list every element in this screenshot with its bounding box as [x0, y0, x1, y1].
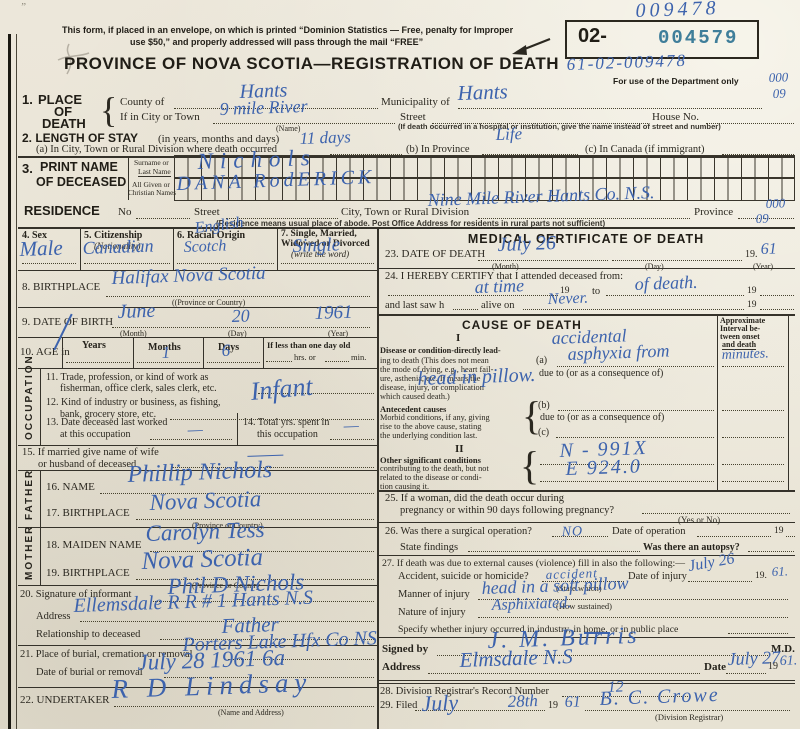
dotted-line [760, 309, 794, 310]
undertaker-label: 22. UNDERTAKER [20, 694, 110, 706]
field11-label: 11. Trade, profession, or kind of work a… [46, 372, 208, 383]
sex-value: Male [19, 236, 63, 262]
nature-label: Nature of injury [398, 607, 466, 618]
dotted-line [325, 361, 349, 362]
last-saw-label: and last saw h [385, 300, 444, 311]
cell-divider [133, 337, 134, 368]
filed-month-value: July [421, 690, 459, 717]
form-title: PROVINCE OF NOVA SCOTIA—REGISTRATION OF … [64, 54, 559, 74]
dotted-line [728, 633, 788, 634]
age-days-value: 6 [221, 341, 230, 361]
dod-sub-month: (Month) [492, 262, 519, 271]
field15-label: 15. If married give name of wife [22, 447, 159, 458]
signed-date-label: Date [704, 661, 726, 673]
strip-divider [40, 368, 41, 445]
dotted-line [281, 263, 374, 264]
field15-label: or husband of deceased [38, 459, 136, 470]
stay-c-label: (c) In Canada (if immigrant) [585, 144, 705, 155]
hospital-note: (If death occurred in a hospital or inst… [398, 122, 721, 131]
injury-date-label: Date of injury [628, 571, 687, 582]
certify-from-value: at time [474, 275, 524, 298]
cell-divider [62, 337, 63, 368]
disease-text: which caused death.) [380, 392, 450, 401]
section-rule [378, 490, 795, 492]
age-months-value: 1 [161, 343, 170, 363]
operation-value: NO [561, 524, 583, 541]
interval-box-left [717, 314, 718, 490]
antecedent-text: Morbid conditions, if any, giving [380, 413, 490, 422]
dotted-line [453, 309, 478, 310]
age-less-than-day-header: If less than one day old [267, 340, 350, 350]
division-registrar-signature: B. C. Crowe [599, 684, 720, 711]
dod-sub-day: (Day) [645, 262, 664, 271]
dotted-line [612, 260, 742, 261]
cause-b-label: (b) [538, 400, 550, 411]
mother-strip-label: MOTHER [24, 536, 35, 580]
relationship-label: Relationship to deceased [36, 629, 140, 640]
dept-stamped-number: 004579 [658, 27, 738, 49]
dept-caption: For use of the Department only [613, 76, 739, 86]
row-rule [18, 445, 377, 446]
dept-prefix: 02- [578, 25, 607, 48]
yes-or-no-sub: (Yes or No) [678, 515, 720, 525]
operation-19: 19 [774, 526, 784, 536]
cell-divider [80, 227, 81, 270]
row-rule [18, 368, 377, 369]
given-names-label: All Given or [132, 180, 170, 189]
cause-roman-2: II [455, 443, 464, 455]
dotted-line [388, 295, 558, 296]
strip-divider [40, 470, 41, 527]
last-saw-19: 19 [747, 300, 757, 310]
county-label: County of [120, 96, 164, 108]
field3-title: PRINT NAME [40, 160, 118, 174]
dotted-line [722, 366, 784, 367]
father-strip-label: FATHER [24, 478, 35, 520]
mother-maiden-label: 18. MAIDEN NAME [46, 539, 142, 551]
surname-label: Last Name [138, 167, 171, 177]
dod-sub-year: (Year) [753, 262, 773, 271]
field11-label: fisherman, office clerk, sales clerk, et… [60, 383, 217, 394]
age-years-header: Years [82, 340, 106, 351]
double-rule [378, 680, 795, 681]
section-rule [18, 227, 795, 229]
undertaker-value: R D Lindsay [111, 667, 313, 705]
cell-divider [237, 413, 238, 445]
interval-value: minutes. [721, 346, 769, 364]
dotted-line [428, 673, 700, 674]
father-birthplace-value: Nova Scotia [149, 486, 262, 516]
residence-no-label: No [118, 206, 131, 218]
dotted-line [558, 410, 714, 411]
arrow-mark [505, 36, 553, 58]
field12-label: 12. Kind of industry or business, as fis… [46, 397, 220, 408]
death-registration-form: ” This form, if placed in an envelope, o… [0, 0, 800, 729]
margin-code: 000 [768, 69, 788, 86]
column-divider [377, 227, 379, 729]
occupation-strip-label: OCCUPATION [24, 374, 35, 440]
cell-divider [203, 337, 204, 368]
mother-maiden-value: Carolyn Tess [145, 517, 265, 547]
banner-line2: use $50,” and properly addressed will pa… [130, 37, 423, 47]
residence-street-label: Street [194, 206, 220, 218]
dotted-line [688, 581, 752, 582]
father-name-value: Phillip Nichols [127, 457, 273, 489]
certify-to-label: to [592, 286, 600, 297]
signed-by-label: Signed by [382, 643, 428, 655]
findings-label: State findings [400, 542, 458, 553]
margin-code: 09 [755, 211, 769, 227]
citizenship-value: Canadian [82, 236, 154, 259]
dotted-line [722, 481, 784, 482]
injury-19: 19. [755, 571, 767, 581]
dotted-line [726, 673, 766, 674]
dod-19: 19. [745, 249, 758, 260]
binding-edge [8, 34, 11, 729]
surname-label: Surname or [134, 158, 169, 167]
stay-b-label: (b) In Province [406, 144, 470, 155]
field2-heading: 2. LENGTH OF STAY [22, 131, 138, 145]
antecedent-text: rise to the above cause, stating [380, 422, 481, 431]
dob-month: June [117, 300, 156, 324]
racial-origin-value: Scotch [183, 238, 226, 257]
filed-day-value: 28th [507, 691, 538, 712]
dotted-line [760, 295, 794, 296]
birthplace-value: Halifax Nova Scotia [111, 263, 266, 290]
physician-address-value: Elmsdale N.S [459, 644, 573, 673]
stay-b-value: Life [495, 124, 522, 145]
dotted-line [523, 309, 744, 310]
city-town-value: 9 mile River [219, 96, 308, 120]
dotted-line [468, 551, 640, 552]
dotted-line [458, 108, 762, 109]
dotted-line [642, 513, 790, 514]
municipality-label: Municipality of [381, 96, 450, 108]
dotted-line [112, 327, 370, 328]
field13-label: 13. Date deceased last worked [46, 417, 167, 428]
dob-day: 20 [231, 305, 250, 327]
double-rule [378, 683, 795, 684]
dotted-line [114, 706, 374, 707]
dotted-line [786, 536, 795, 537]
birthplace-label: 8. BIRTHPLACE [22, 281, 100, 293]
antecedent-text: the underlying condition last. [380, 431, 477, 440]
alive-on-label: alive on [481, 300, 515, 311]
other-code-value: E 924.0 [565, 455, 642, 481]
cause-a-due-value: head in pillow. [417, 364, 536, 391]
name-sub: (Name) [276, 124, 300, 133]
dotted-line [722, 464, 784, 465]
filed-19: 19 [548, 700, 558, 711]
dotted-line [66, 362, 130, 363]
due-to-label: due to (or as a consequence of) [540, 412, 664, 423]
disease-text: ing to death (This does not mean [380, 356, 489, 365]
field1-title: DEATH [42, 116, 86, 131]
dotted-line [722, 437, 784, 438]
occupation-value: Infant [249, 372, 313, 407]
municipality-value: Hants [457, 79, 508, 106]
cause-roman-1: I [456, 332, 460, 344]
field13-label: at this occupation [60, 429, 131, 440]
cause-c-label: (c) [538, 427, 549, 438]
dotted-line [207, 362, 260, 363]
informant-address-label: Address [36, 611, 70, 622]
interval-box-right [788, 314, 789, 490]
residence-province-label: Province [694, 206, 733, 218]
margin-code: 000 [765, 195, 785, 212]
date-of-death-value: July 26 [497, 232, 556, 257]
signed-19: 19 [768, 661, 778, 672]
dotted-line [606, 295, 744, 296]
marital-value: Single [292, 234, 340, 258]
field3-number: 3. [22, 161, 33, 176]
operation-label: 26. Was there a surgical operation? [385, 526, 532, 537]
injury-year-value: 61. [771, 563, 788, 580]
dotted-line [136, 218, 190, 219]
cell-divider [277, 227, 278, 270]
other-conditions-text: related to the disease or condi- [380, 473, 482, 482]
operation-date-label: Date of operation [612, 526, 685, 537]
age-min-label: min. [351, 352, 366, 362]
age-hrs-label: hrs. or [294, 352, 316, 362]
dotted-line [266, 361, 292, 362]
dotted-line [330, 439, 374, 440]
city-town-label: If in City or Town [120, 111, 200, 123]
cell-divider [173, 227, 174, 270]
dotted-line [478, 617, 788, 618]
disease-text: Disease or condition-directly lead- [380, 346, 501, 355]
due-to-label: due to (or as a consequence of) [539, 368, 663, 379]
banner-line1: This form, if placed in an envelope, on … [62, 25, 513, 35]
field14-label: 14. Total yrs. spent in [243, 417, 329, 428]
dotted-line [540, 481, 714, 482]
pregnancy-label: 25. If a woman, did the death occur duri… [385, 493, 564, 504]
medical-title: MEDICAL CERTIFICATE OF DEATH [377, 232, 795, 246]
certify-19: 19 [747, 286, 757, 296]
row-rule [378, 268, 795, 269]
other-conditions-text: contributing to the death, but not [380, 464, 489, 473]
father-birthplace-label: 17. BIRTHPLACE [46, 507, 130, 519]
strip-divider [40, 527, 41, 585]
filed-year-value: 61 [564, 693, 581, 712]
residence-label: RESIDENCE [24, 203, 100, 218]
dotted-line [697, 536, 771, 537]
last-saw-value: Never. [547, 290, 588, 309]
cause-a-label: (a) [536, 355, 547, 366]
external-causes-heading: 27. If death was due to external causes … [382, 558, 685, 569]
dotted-line [22, 263, 76, 264]
father-name-label: 16. NAME [46, 481, 95, 493]
margin-code: 09 [772, 86, 786, 102]
brace: { [100, 92, 117, 128]
dotted-line [722, 410, 784, 411]
dob-year: 1961 [314, 302, 353, 325]
row-rule [378, 522, 795, 523]
cell-divider [263, 337, 264, 368]
row-rule [18, 337, 377, 338]
filed-label: 29. Filed [380, 700, 417, 711]
undertaker-sub: (Name and Address) [218, 708, 284, 717]
dotted-line [84, 263, 170, 264]
date-of-death-label: 23. DATE OF DEATH [385, 248, 485, 260]
dotted-line [213, 123, 395, 124]
field14-label: this occupation [257, 429, 318, 440]
cause-a-value: asphyxia from [567, 340, 669, 365]
physician-address-label: Address [382, 661, 420, 673]
field3-title: OF DECEASED [36, 175, 126, 189]
mother-birthplace-label: 19. BIRTHPLACE [46, 567, 130, 579]
field13-value: — [187, 419, 203, 440]
field14-value: — [343, 415, 359, 436]
field1-number: 1. [22, 92, 33, 107]
pencil-mark: ” [20, 1, 26, 13]
dotted-line [478, 260, 608, 261]
certify-to-value: of death. [634, 272, 698, 295]
manner-label: Manner of injury [398, 589, 470, 600]
division-registrar-sub: (Division Registrar) [655, 712, 723, 722]
nature-value: Asphixiated. [491, 594, 571, 615]
dept-number-handwritten: 61-02-009478 [566, 51, 687, 75]
form-left-border [16, 34, 17, 729]
dotted-line [106, 296, 370, 297]
brace: { [520, 446, 539, 486]
given-names-label: Christian Names [128, 189, 176, 197]
signed-year-value: 61. [779, 653, 797, 670]
dotted-line [748, 551, 794, 552]
pregnancy-label: pregnancy or within 90 days following pr… [400, 505, 614, 516]
dotted-line [557, 366, 714, 367]
dotted-line [712, 710, 790, 711]
dod-year-value: 61 [760, 240, 777, 259]
